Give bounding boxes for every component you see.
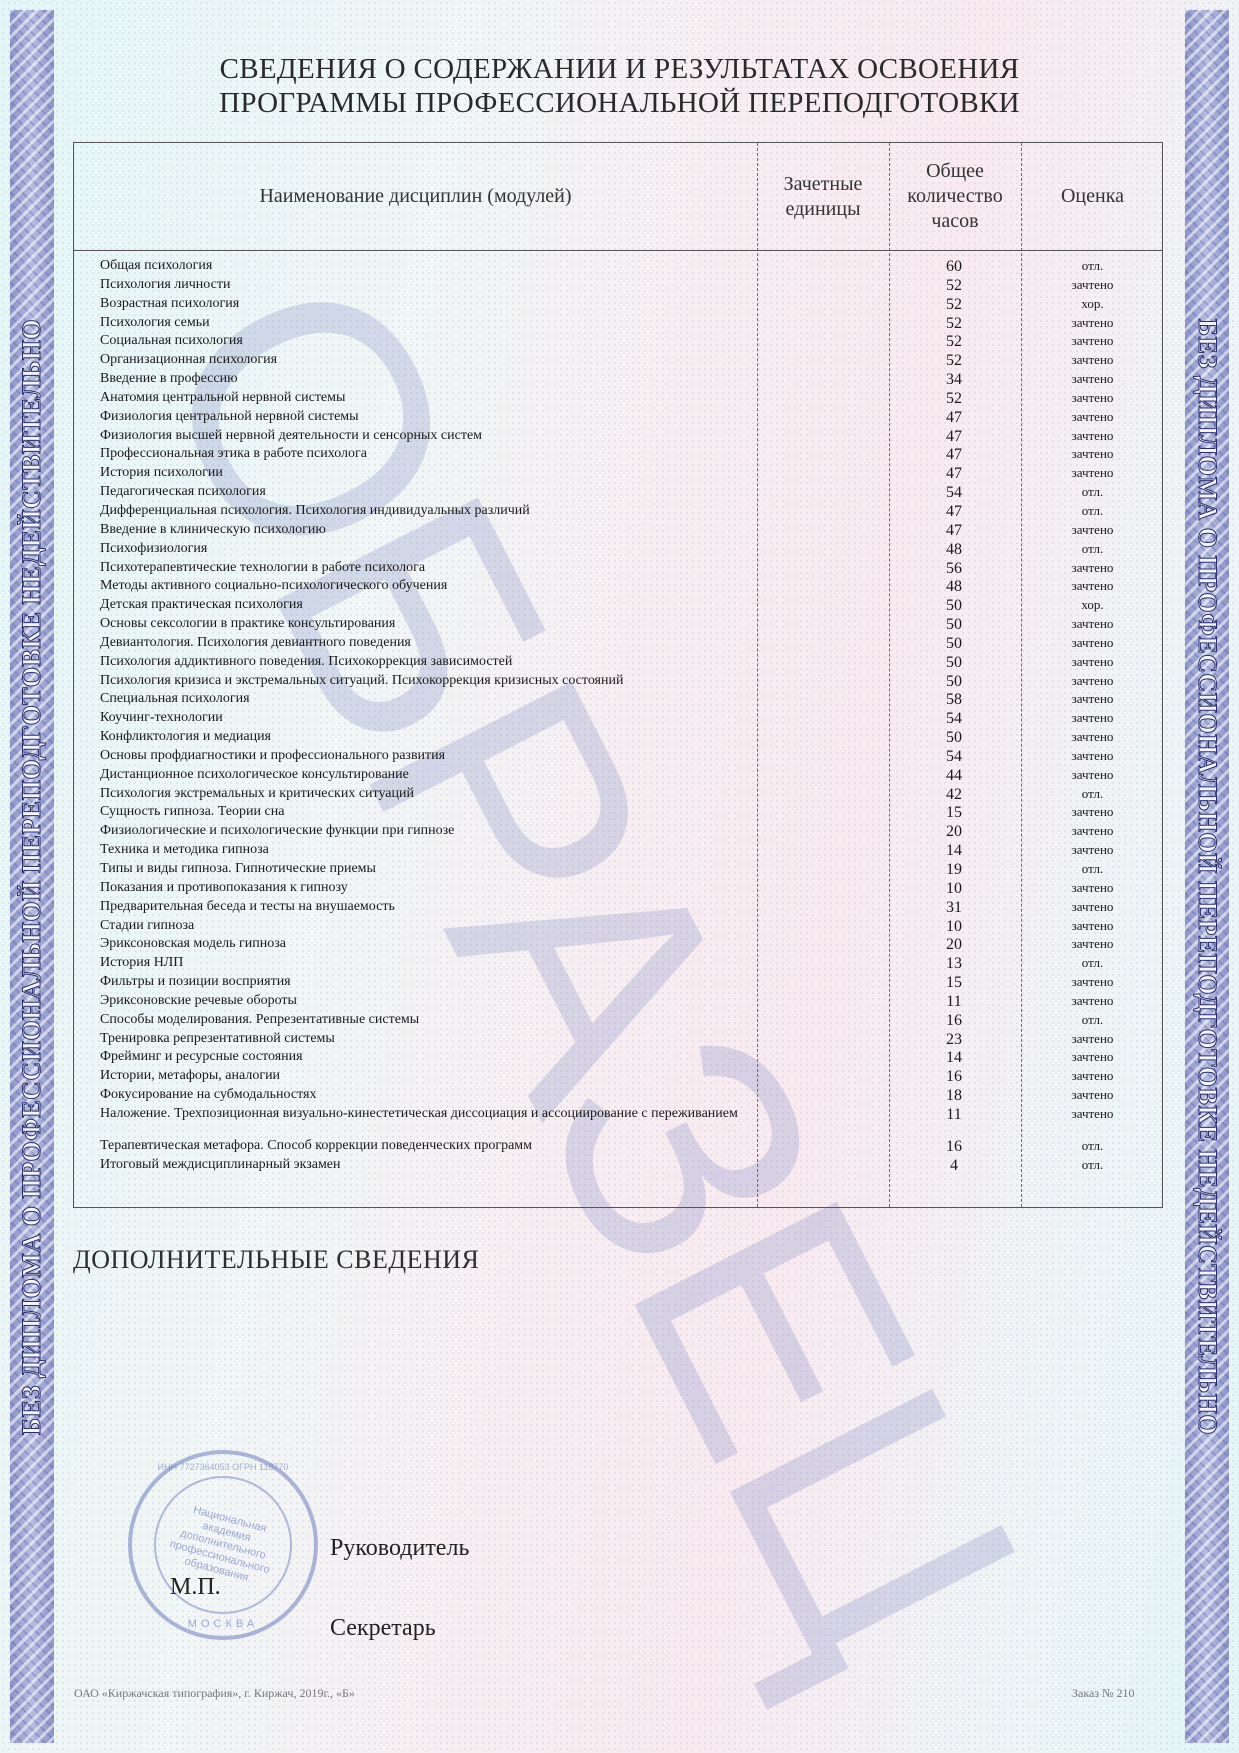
table-row: Психология личности52зачтено	[74, 278, 1162, 297]
table-row: Предварительная беседа и тесты на внушае…	[74, 900, 1162, 919]
total-hours: 48	[889, 542, 1019, 557]
total-hours: 47	[889, 504, 1019, 519]
table-row: Профессиональная этика в работе психолог…	[74, 447, 1162, 466]
total-hours: 48	[889, 579, 1019, 594]
discipline-name: Способы моделирования. Репрезентативные …	[100, 1013, 760, 1026]
table-row: Физиология центральной нервной системы47…	[74, 410, 1162, 429]
table-row: Способы моделирования. Репрезентативные …	[74, 1013, 1162, 1032]
total-hours: 10	[889, 919, 1019, 934]
total-hours: 50	[889, 617, 1019, 632]
table-row: Техника и методика гипноза14зачтено	[74, 843, 1162, 862]
discipline-name: Психология личности	[100, 278, 760, 291]
total-hours: 16	[889, 1139, 1019, 1154]
total-hours: 4	[889, 1158, 1019, 1173]
discipline-name: Предварительная беседа и тесты на внушае…	[100, 900, 760, 913]
discipline-name: Истории, метафоры, аналогии	[100, 1069, 760, 1082]
grade: зачтено	[1021, 1032, 1164, 1046]
right-border-text: БЕЗ ДИПЛОМА О ПРОФЕССИОНАЛЬНОЙ ПЕРЕПОДГО…	[1192, 318, 1222, 1434]
total-hours: 11	[889, 994, 1019, 1009]
discipline-name: Организационная психология	[100, 353, 760, 366]
grade: зачтено	[1021, 1069, 1164, 1083]
table-row: Основы профдиагностики и профессионально…	[74, 749, 1162, 768]
table-row: Стадии гипноза10зачтено	[74, 919, 1162, 938]
grade: хор.	[1021, 297, 1164, 311]
total-hours: 50	[889, 655, 1019, 670]
grade: зачтено	[1021, 1107, 1164, 1121]
total-hours: 52	[889, 391, 1019, 406]
discipline-name: Наложение. Трехпозиционная визуально-кин…	[100, 1107, 760, 1120]
table-row: Фокусирование на субмодальностях18зачтен…	[74, 1088, 1162, 1107]
table-row: Тренировка репрезентативной системы23зач…	[74, 1032, 1162, 1051]
table-row: Социальная психология52зачтено	[74, 334, 1162, 353]
grade: отл.	[1021, 1158, 1164, 1172]
grade: зачтено	[1021, 617, 1164, 631]
total-hours: 20	[889, 937, 1019, 952]
grade: зачтено	[1021, 561, 1164, 575]
discipline-name: Фильтры и позиции восприятия	[100, 975, 760, 988]
total-hours: 52	[889, 334, 1019, 349]
table-row: История психологии47зачтено	[74, 466, 1162, 485]
total-hours: 19	[889, 862, 1019, 877]
total-hours: 34	[889, 372, 1019, 387]
table-body: Общая психология60отл.Психология личност…	[74, 259, 1162, 1177]
discipline-name: Возрастная психология	[100, 297, 760, 310]
table-row: Истории, метафоры, аналогии16зачтено	[74, 1069, 1162, 1088]
table-row: Типы и виды гипноза. Гипнотические прием…	[74, 862, 1162, 881]
table-row: Специальная психология58зачтено	[74, 692, 1162, 711]
total-hours: 11	[889, 1107, 1019, 1122]
discipline-name: Специальная психология	[100, 692, 760, 705]
table-row: Сущность гипноза. Теории сна15зачтено	[74, 805, 1162, 824]
grade: зачтено	[1021, 447, 1164, 461]
seal-ring-text: ИНН 7727364053 ОГРН 118770	[158, 1462, 289, 1472]
discipline-name: Основы профдиагностики и профессионально…	[100, 749, 760, 762]
head-signature-label: Руководитель	[330, 1535, 469, 1562]
grade: зачтено	[1021, 636, 1164, 650]
table-row: Психология экстремальных и критических с…	[74, 787, 1162, 806]
grade: отл.	[1021, 1013, 1164, 1027]
total-hours: 31	[889, 900, 1019, 915]
table-row: Педагогическая психология54отл.	[74, 485, 1162, 504]
discipline-name: Психология экстремальных и критических с…	[100, 787, 760, 800]
table-row: Фильтры и позиции восприятия15зачтено	[74, 975, 1162, 994]
right-security-border: БЕЗ ДИПЛОМА О ПРОФЕССИОНАЛЬНОЙ ПЕРЕПОДГО…	[1185, 10, 1229, 1743]
discipline-name: Терапевтическая метафора. Способ коррекц…	[100, 1139, 760, 1152]
table-row: Психотерапевтические технологии в работе…	[74, 561, 1162, 580]
grade: хор.	[1021, 598, 1164, 612]
secretary-signature-label: Секретарь	[330, 1615, 436, 1642]
total-hours: 47	[889, 410, 1019, 425]
header-divider	[74, 250, 1162, 251]
discipline-name: Тренировка репрезентативной системы	[100, 1032, 760, 1045]
grade: зачтено	[1021, 843, 1164, 857]
discipline-name: Конфликтология и медиация	[100, 730, 760, 743]
total-hours: 14	[889, 1050, 1019, 1065]
discipline-name: Итоговый междисциплинарный экзамен	[100, 1158, 760, 1171]
discipline-name: Психология семьи	[100, 316, 760, 329]
discipline-name: История психологии	[100, 466, 760, 479]
grade: отл.	[1021, 1139, 1164, 1153]
discipline-name: Основы сексологии в практике консультиро…	[100, 617, 760, 630]
grade: зачтено	[1021, 919, 1164, 933]
grade: зачтено	[1021, 900, 1164, 914]
table-row: Конфликтология и медиация50зачтено	[74, 730, 1162, 749]
grade: отл.	[1021, 862, 1164, 876]
table-row: Общая психология60отл.	[74, 259, 1162, 278]
discipline-name: Введение в профессию	[100, 372, 760, 385]
total-hours: 16	[889, 1013, 1019, 1028]
table-row: Девиантология. Психология девиантного по…	[74, 636, 1162, 655]
official-seal: ИНН 7727364053 ОГРН 118770 Национальная …	[128, 1450, 318, 1640]
discipline-name: Дифференциальная психология. Психология …	[100, 504, 760, 517]
discipline-name: Методы активного социально-психологическ…	[100, 579, 760, 592]
grade: зачтено	[1021, 1088, 1164, 1102]
total-hours: 50	[889, 598, 1019, 613]
discipline-name: Сущность гипноза. Теории сна	[100, 805, 760, 818]
grade: зачтено	[1021, 466, 1164, 480]
table-row: Физиология высшей нервной деятельности и…	[74, 429, 1162, 448]
discipline-name: Введение в клиническую психологию	[100, 523, 760, 536]
total-hours: 54	[889, 485, 1019, 500]
table-row: Эриксоновские речевые обороты11зачтено	[74, 994, 1162, 1013]
table-row: Показания и противопоказания к гипнозу10…	[74, 881, 1162, 900]
grade: зачтено	[1021, 410, 1164, 424]
table-row: Терапевтическая метафора. Способ коррекц…	[74, 1139, 1162, 1158]
grade: зачтено	[1021, 316, 1164, 330]
total-hours: 10	[889, 881, 1019, 896]
total-hours: 47	[889, 429, 1019, 444]
discipline-name: Дистанционное психологическое консультир…	[100, 768, 760, 781]
grade: зачтено	[1021, 278, 1164, 292]
grade: зачтено	[1021, 391, 1164, 405]
grade: отл.	[1021, 504, 1164, 518]
total-hours: 47	[889, 466, 1019, 481]
table-row: Физиологические и психологические функци…	[74, 824, 1162, 843]
total-hours: 54	[889, 711, 1019, 726]
grade: зачтено	[1021, 674, 1164, 688]
grade: зачтено	[1021, 334, 1164, 348]
discipline-name: Психология аддиктивного поведения. Психо…	[100, 655, 760, 668]
grade: зачтено	[1021, 1050, 1164, 1064]
discipline-name: Фокусирование на субмодальностях	[100, 1088, 760, 1101]
title-line-2: ПРОГРАММЫ ПРОФЕССИОНАЛЬНОЙ ПЕРЕПОДГОТОВК…	[0, 86, 1239, 120]
total-hours: 60	[889, 259, 1019, 274]
total-hours: 52	[889, 316, 1019, 331]
discipline-name: Детская практическая психология	[100, 598, 760, 611]
total-hours: 58	[889, 692, 1019, 707]
table-row: Введение в профессию34зачтено	[74, 372, 1162, 391]
discipline-name: Стадии гипноза	[100, 919, 760, 932]
discipline-name: Социальная психология	[100, 334, 760, 347]
total-hours: 14	[889, 843, 1019, 858]
discipline-name: Эриксоновская модель гипноза	[100, 937, 760, 950]
table-row: Возрастная психология52хор.	[74, 297, 1162, 316]
total-hours: 42	[889, 787, 1019, 802]
total-hours: 52	[889, 278, 1019, 293]
grade: зачтено	[1021, 824, 1164, 838]
grade: отл.	[1021, 259, 1164, 273]
discipline-name: Психотерапевтические технологии в работе…	[100, 561, 760, 574]
grade: зачтено	[1021, 730, 1164, 744]
grade: зачтено	[1021, 749, 1164, 763]
total-hours: 18	[889, 1088, 1019, 1103]
table-row: Психология семьи52зачтено	[74, 316, 1162, 335]
total-hours: 50	[889, 730, 1019, 745]
discipline-name: Коучинг-технологии	[100, 711, 760, 724]
total-hours: 50	[889, 674, 1019, 689]
table-row: Психология аддиктивного поведения. Психо…	[74, 655, 1162, 674]
total-hours: 56	[889, 561, 1019, 576]
total-hours: 52	[889, 297, 1019, 312]
seal-place-label: М.П.	[170, 1574, 221, 1601]
left-security-border: БЕЗ ДИПЛОМА О ПРОФЕССИОНАЛЬНОЙ ПЕРЕПОДГО…	[10, 10, 54, 1743]
additional-info-heading: ДОПОЛНИТЕЛЬНЫЕ СВЕДЕНИЯ	[73, 1245, 479, 1275]
grade: зачтено	[1021, 881, 1164, 895]
discipline-name: История НЛП	[100, 956, 760, 969]
total-hours: 15	[889, 805, 1019, 820]
discipline-name: Фрейминг и ресурсные состояния	[100, 1050, 760, 1063]
total-hours: 54	[889, 749, 1019, 764]
table-row: История НЛП13отл.	[74, 956, 1162, 975]
table-row: Эриксоновская модель гипноза20зачтено	[74, 937, 1162, 956]
table-row: Организационная психология52зачтено	[74, 353, 1162, 372]
table-row: Наложение. Трехпозиционная визуально-кин…	[74, 1107, 1162, 1139]
grade: зачтено	[1021, 975, 1164, 989]
discipline-name: Общая психология	[100, 259, 760, 272]
grade: отл.	[1021, 485, 1164, 499]
table-row: Анатомия центральной нервной системы52за…	[74, 391, 1162, 410]
seal-city: МОСКВА	[188, 1618, 258, 1630]
header-discipline-name: Наименование дисциплин (модулей)	[74, 143, 757, 250]
discipline-name: Эриксоновские речевые обороты	[100, 994, 760, 1007]
order-number: Заказ № 210	[1072, 1686, 1135, 1701]
discipline-name: Техника и методика гипноза	[100, 843, 760, 856]
discipline-name: Психофизиология	[100, 542, 760, 555]
discipline-name: Физиология центральной нервной системы	[100, 410, 760, 423]
table-row: Фрейминг и ресурсные состояния14зачтено	[74, 1050, 1162, 1069]
header-grade: Оценка	[1021, 143, 1164, 250]
discipline-name: Физиология высшей нервной деятельности и…	[100, 429, 760, 442]
grade: отл.	[1021, 787, 1164, 801]
table-row: Психология кризиса и экстремальных ситуа…	[74, 674, 1162, 693]
discipline-name: Психология кризиса и экстремальных ситуа…	[100, 674, 760, 687]
total-hours: 15	[889, 975, 1019, 990]
table-row: Итоговый междисциплинарный экзамен4отл.	[74, 1158, 1162, 1177]
discipline-name: Анатомия центральной нервной системы	[100, 391, 760, 404]
table-row: Основы сексологии в практике консультиро…	[74, 617, 1162, 636]
total-hours: 16	[889, 1069, 1019, 1084]
total-hours: 47	[889, 447, 1019, 462]
grade: зачтено	[1021, 805, 1164, 819]
grade: зачтено	[1021, 523, 1164, 537]
table-row: Детская практическая психология50хор.	[74, 598, 1162, 617]
header-credits: Зачетные единицы	[757, 143, 889, 250]
table-row: Дифференциальная психология. Психология …	[74, 504, 1162, 523]
total-hours: 23	[889, 1032, 1019, 1047]
discipline-name: Показания и противопоказания к гипнозу	[100, 881, 760, 894]
total-hours: 47	[889, 523, 1019, 538]
grade: отл.	[1021, 542, 1164, 556]
total-hours: 20	[889, 824, 1019, 839]
grade: отл.	[1021, 956, 1164, 970]
document-title: СВЕДЕНИЯ О СОДЕРЖАНИИ И РЕЗУЛЬТАТАХ ОСВО…	[0, 52, 1239, 120]
discipline-name: Педагогическая психология	[100, 485, 760, 498]
discipline-name: Физиологические и психологические функци…	[100, 824, 760, 837]
total-hours: 44	[889, 768, 1019, 783]
discipline-name: Профессиональная этика в работе психолог…	[100, 447, 760, 460]
grade: зачтено	[1021, 692, 1164, 706]
table-row: Психофизиология48отл.	[74, 542, 1162, 561]
grade: зачтено	[1021, 372, 1164, 386]
total-hours: 52	[889, 353, 1019, 368]
discipline-name: Девиантология. Психология девиантного по…	[100, 636, 760, 649]
left-border-text: БЕЗ ДИПЛОМА О ПРОФЕССИОНАЛЬНОЙ ПЕРЕПОДГО…	[17, 318, 47, 1434]
table-row: Введение в клиническую психологию47зачте…	[74, 523, 1162, 542]
grade: зачтено	[1021, 579, 1164, 593]
title-line-1: СВЕДЕНИЯ О СОДЕРЖАНИИ И РЕЗУЛЬТАТАХ ОСВО…	[0, 52, 1239, 86]
disciplines-table: Наименование дисциплин (модулей) Зачетны…	[73, 142, 1163, 1208]
grade: зачтено	[1021, 711, 1164, 725]
header-total-hours: Общее количество часов	[889, 143, 1021, 250]
grade: зачтено	[1021, 353, 1164, 367]
total-hours: 13	[889, 956, 1019, 971]
discipline-name: Типы и виды гипноза. Гипнотические прием…	[100, 862, 760, 875]
table-row: Методы активного социально-психологическ…	[74, 579, 1162, 598]
grade: зачтено	[1021, 655, 1164, 669]
table-row: Дистанционное психологическое консультир…	[74, 768, 1162, 787]
grade: зачтено	[1021, 937, 1164, 951]
grade: зачтено	[1021, 429, 1164, 443]
grade: зачтено	[1021, 768, 1164, 782]
printer-imprint: ОАО «Киржачская типография», г. Киржач, …	[74, 1686, 355, 1701]
table-row: Коучинг-технологии54зачтено	[74, 711, 1162, 730]
grade: зачтено	[1021, 994, 1164, 1008]
total-hours: 50	[889, 636, 1019, 651]
